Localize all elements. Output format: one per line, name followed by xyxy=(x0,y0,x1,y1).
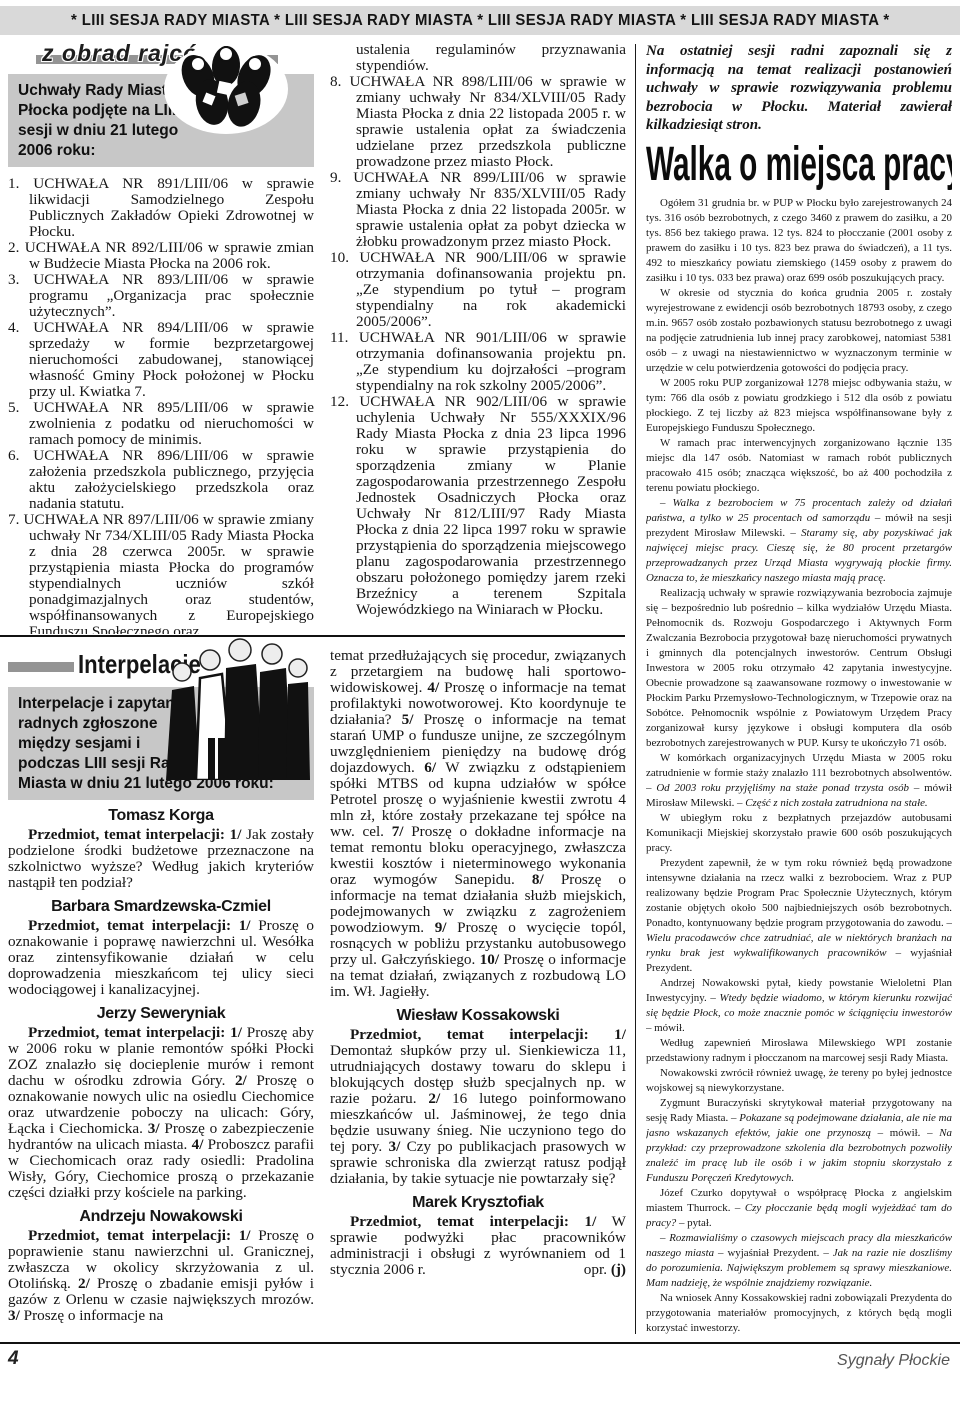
point-number: 2/ xyxy=(78,1275,90,1292)
article-paragraph: Józef Czurko dopytywał o współpracę Płoc… xyxy=(646,1186,952,1231)
article-paragraph: Na wniosek Anny Kossakowskiej radni zobo… xyxy=(646,1291,952,1336)
interpelacje-entries-left: Tomasz KorgaPrzedmiot, temat interpelacj… xyxy=(8,808,314,1324)
text-segment: W ubiegłym roku z bezpłatnych przejazdów… xyxy=(646,812,952,854)
interpellation-body: Przedmiot, temat interpelacji: 1/ W spra… xyxy=(330,1214,626,1278)
text-segment: Nowakowski zwrócił również uwagę, że ter… xyxy=(646,1067,952,1094)
footer-rule xyxy=(0,1342,960,1344)
page-number: 4 xyxy=(8,1348,19,1370)
article-paragraph: W komórkach organizacyjnych Urzędu Miast… xyxy=(646,751,952,811)
session-ticker-bar: * LIII SESJA RADY MIASTA * LIII SESJA RA… xyxy=(0,6,960,35)
text-segment: – pytał. xyxy=(676,1217,711,1229)
editor-initial: (j) xyxy=(611,1261,626,1278)
column-middle: ustalenia regulaminów przyznawania stype… xyxy=(330,42,626,1338)
text-segment: Na wniosek Anny Kossakowskiej radni zobo… xyxy=(646,1292,952,1334)
article-paragraph: W okresie od stycznia do końca grudnia 2… xyxy=(646,286,952,376)
interpellation-author: Marek Krysztofiak xyxy=(330,1195,626,1211)
quote-segment: Od 2003 roku przyjęliśmy na staże ponad … xyxy=(656,782,909,794)
text-segment: – mówił. xyxy=(646,1022,685,1034)
column-divider-rule xyxy=(635,44,636,1334)
article-paragraph: W ramach prac interwencyjnych zorganizow… xyxy=(646,436,952,496)
interpellation-label: Przedmiot, temat interpelacji: xyxy=(28,1024,230,1041)
interpellation-label: Przedmiot, temat interpelacji: xyxy=(28,826,230,843)
article-paragraph: – Walka z bezrobociem w 75 procentach za… xyxy=(646,496,952,586)
section-divider-rule xyxy=(0,635,625,637)
point-number: 5/ xyxy=(402,711,414,728)
uchwala-item: 12. UCHWAŁA NR 902/LIII/06 w sprawie uch… xyxy=(330,394,626,618)
interpellation-author: Tomasz Korga xyxy=(8,808,314,824)
text-segment: Prezydent zapewnił, że w tym roku równie… xyxy=(646,857,952,929)
uchwala-item: 3. UCHWAŁA NR 893/LIII/06 w sprawie prog… xyxy=(8,272,314,320)
point-number: 3/ xyxy=(389,1138,401,1155)
point-number: 1/ xyxy=(230,826,242,843)
interpellation-label: Przedmiot, temat interpelacji: xyxy=(350,1026,614,1043)
uchwala-item: 8. UCHWAŁA NR 898/LIII/06 w sprawie w zm… xyxy=(330,74,626,170)
article-headline: Walka o miejsca pracy xyxy=(646,140,952,190)
point-number: 7/ xyxy=(392,823,404,840)
uchwala-item: 11. UCHWAŁA NR 901/LIII/06 w sprawie otr… xyxy=(330,330,626,394)
interpellation-author: Andrzeju Nowakowski xyxy=(8,1209,314,1225)
interpellation-author: Barbara Smardzewska-Czmiel xyxy=(8,899,314,915)
section-interpelacje: Interpelacje Interpelacje i zapytania ra… xyxy=(8,634,314,1324)
quote-segment: Część z nich została zatrudniona na stał… xyxy=(745,797,927,809)
uchwaly-intro-text: Uchwały Rady Miasta Płocka podjęte na LI… xyxy=(18,82,178,159)
crowd-illustration xyxy=(160,638,312,780)
article-paragraph: Ogółem 31 grudnia br. w PUP w Płocku był… xyxy=(646,196,952,286)
uchwala-item: 4. UCHWAŁA NR 894/LIII/06 w sprawie sprz… xyxy=(8,320,314,400)
interpellation-body: Przedmiot, temat interpelacji: 1/ Jak zo… xyxy=(8,827,314,891)
uchwala-item-continuation: ustalenia regulaminów przyznawania stype… xyxy=(330,42,626,74)
article-paragraph: Prezydent zapewnił, że w tym roku równie… xyxy=(646,856,952,976)
point-number: 4/ xyxy=(427,679,439,696)
interpelacje-entries-middle: Wiesław KossakowskiPrzedmiot, temat inte… xyxy=(330,1008,626,1278)
text-segment: Ogółem 31 grudnia br. w PUP w Płocku był… xyxy=(646,197,952,284)
uchwala-item: 2. UCHWAŁA NR 892/LIII/06 w sprawie zmia… xyxy=(8,240,314,272)
article-paragraph: Według zapewnień Mirosława Milewskiego W… xyxy=(646,1036,952,1066)
text-segment: W ramach prac interwencyjnych zorganizow… xyxy=(646,437,952,494)
point-number: 1/ xyxy=(239,917,251,934)
point-number: 8/ xyxy=(532,871,544,888)
interpellation-continuation: temat przedłużających się procedur, zwią… xyxy=(330,648,626,1000)
point-number: 2/ xyxy=(235,1072,247,1089)
session-ticker-text: * LIII SESJA RADY MIASTA * LIII SESJA RA… xyxy=(71,12,889,30)
text-segment: – wyjaśniał Prezydent. – xyxy=(714,1247,833,1259)
editor-credit: opr. (j) xyxy=(564,1262,626,1278)
uchwala-item: 9. UCHWAŁA NR 899/LIII/06 w sprawie zmia… xyxy=(330,170,626,250)
uchwala-item: 6. UCHWAŁA NR 896/LIII/06 w sprawie zało… xyxy=(8,448,314,512)
point-number: 6/ xyxy=(424,759,436,776)
text-segment: – mówił. – xyxy=(871,1127,939,1139)
interpellation-body: Przedmiot, temat interpelacji: 1/ Proszę… xyxy=(8,1025,314,1201)
article-paragraph: Nowakowski zwrócił również uwagę, że ter… xyxy=(646,1066,952,1096)
publication-name: Sygnały Płockie xyxy=(837,1352,950,1370)
interpellation-label: Przedmiot, temat interpelacji: xyxy=(28,1227,239,1244)
interpellation-body: Przedmiot, temat interpelacji: 1/ Demont… xyxy=(330,1027,626,1187)
section-uchwaly: z obrad rajców Uchwały Rady Miasta Płock… xyxy=(8,42,314,634)
text-segment: Według zapewnień Mirosława Milewskiego W… xyxy=(646,1037,952,1064)
point-number: 1/ xyxy=(614,1026,626,1043)
point-number: 1/ xyxy=(585,1213,597,1230)
point-number: 10/ xyxy=(480,951,499,968)
interpellation-author: Jerzy Seweryniak xyxy=(8,1006,314,1022)
newspaper-page: * LIII SESJA RADY MIASTA * LIII SESJA RA… xyxy=(0,0,960,1411)
article-lead: Na ostatniej sesji radni zapoznali się z… xyxy=(646,42,952,135)
article-paragraph: Andrzej Nowakowski pytał, kiedy powstani… xyxy=(646,976,952,1036)
uchwaly-list-middle-wrap: ustalenia regulaminów przyznawania stype… xyxy=(330,42,626,634)
column-left: z obrad rajców Uchwały Rady Miasta Płock… xyxy=(8,42,314,1338)
point-number: 1/ xyxy=(239,1227,251,1244)
point-number: 1/ xyxy=(230,1024,242,1041)
uchwaly-list-middle: 8. UCHWAŁA NR 898/LIII/06 w sprawie w zm… xyxy=(330,74,626,618)
council-hands-illustration xyxy=(160,42,292,136)
gray-bar xyxy=(8,662,74,672)
interpellation-body: Przedmiot, temat interpelacji: 1/ Proszę… xyxy=(8,1228,314,1324)
uchwala-item: 7. UCHWAŁA NR 897/LIII/06 w sprawie zmia… xyxy=(8,512,314,634)
point-number: 4/ xyxy=(192,1136,204,1153)
article-headline-wrap: Walka o miejsca pracy xyxy=(646,140,952,192)
article-body: Ogółem 31 grudnia br. w PUP w Płocku był… xyxy=(646,196,952,1336)
interpellation-label: Przedmiot, temat interpelacji: xyxy=(350,1213,585,1230)
uchwaly-list-left: 1. UCHWAŁA NR 891/LIII/06 w sprawie likw… xyxy=(8,176,314,634)
uchwala-item: 10. UCHWAŁA NR 900/LIII/06 w sprawie otr… xyxy=(330,250,626,330)
article-paragraph: – Rozmawialiśmy o czasowych miejscach pr… xyxy=(646,1231,952,1291)
uchwala-item: 5. UCHWAŁA NR 895/LIII/06 w sprawie zwol… xyxy=(8,400,314,448)
interpelacje-middle-wrap: temat przedłużających się procedur, zwią… xyxy=(330,634,626,1278)
text-segment: – xyxy=(660,1232,669,1244)
article-paragraph: W 2005 roku PUP zorganizował 1278 miejsc… xyxy=(646,376,952,436)
text-segment: W okresie od stycznia do końca grudnia 2… xyxy=(646,287,952,374)
article-paragraph: W ubiegłym roku z bezpłatnych przejazdów… xyxy=(646,811,952,856)
column-article: Na ostatniej sesji radni zapoznali się z… xyxy=(646,42,952,1338)
interpellation-author: Wiesław Kossakowski xyxy=(330,1008,626,1024)
point-number: 3/ xyxy=(148,1120,160,1137)
point-number: 3/ xyxy=(8,1307,20,1324)
uchwala-item: 1. UCHWAŁA NR 891/LIII/06 w sprawie likw… xyxy=(8,176,314,240)
text-segment: W 2005 roku PUP zorganizował 1278 miejsc… xyxy=(646,377,952,434)
interpellation-body: Przedmiot, temat interpelacji: 1/ Proszę… xyxy=(8,918,314,998)
article-paragraph: Realizacją uchwały w sprawie rozwiązywan… xyxy=(646,586,952,751)
interpellation-label: Przedmiot, temat interpelacji: xyxy=(28,917,239,934)
text-segment: Realizacją uchwały w sprawie rozwiązywan… xyxy=(646,587,952,749)
point-number: 2/ xyxy=(428,1090,440,1107)
point-number: 9/ xyxy=(435,919,447,936)
article-paragraph: Zygmunt Buraczyński skrytykował materiał… xyxy=(646,1096,952,1186)
